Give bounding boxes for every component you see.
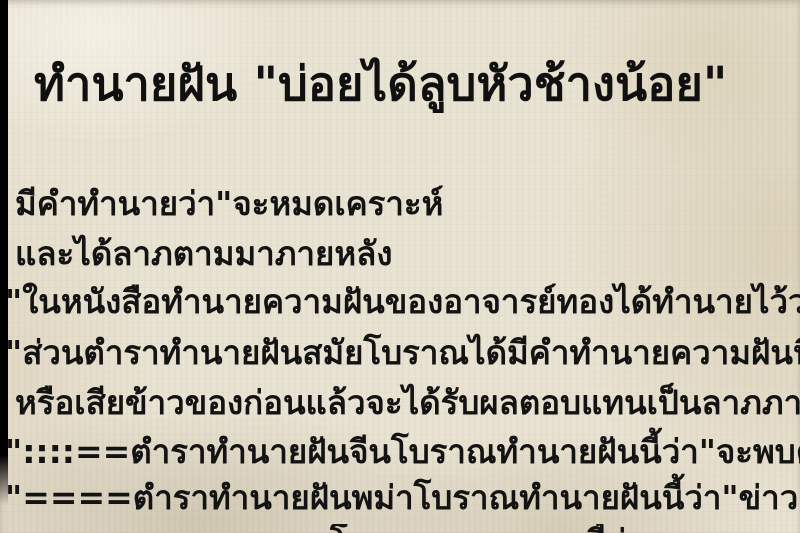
body-text-block: มีคำทำนายว่า"จะหมดเคราะห์ และได้ลาภตามมา… (0, 0, 800, 533)
body-line: "ส่วนตำราทำนายฝันสมัยโบราณได้มีคำทำนายคว… (5, 329, 800, 377)
clipped-bottom-text-fragment: นี้ว่า (585, 524, 645, 533)
paper-page: ทำนายฝัน "บ่อยได้ลูบหัวช้างน้อย" มีคำทำน… (0, 0, 800, 533)
body-line: "====ตำราทำนายฝันพม่าโบราณทำนายฝันนี้ว่า… (5, 474, 800, 522)
body-line: "ในหนังสือทำนายความฝันของอาจารย์ทองได้ทำ… (5, 278, 800, 326)
left-edge-black-bar (0, 0, 8, 505)
body-line: และได้ลาภตามมาภายหลัง (15, 230, 392, 278)
body-line: มีคำทำนายว่า"จะหมดเคราะห์ (15, 180, 443, 228)
body-line: "::::==ตำราทำนายฝันจีนโบราณทำนายฝันนี้ว่… (5, 428, 800, 476)
body-line: หรือเสียข้าวของก่อนแล้วจะได้รับผลตอบแทนเ… (15, 379, 800, 427)
clipped-bottom-text-fragment: โ (330, 524, 348, 533)
